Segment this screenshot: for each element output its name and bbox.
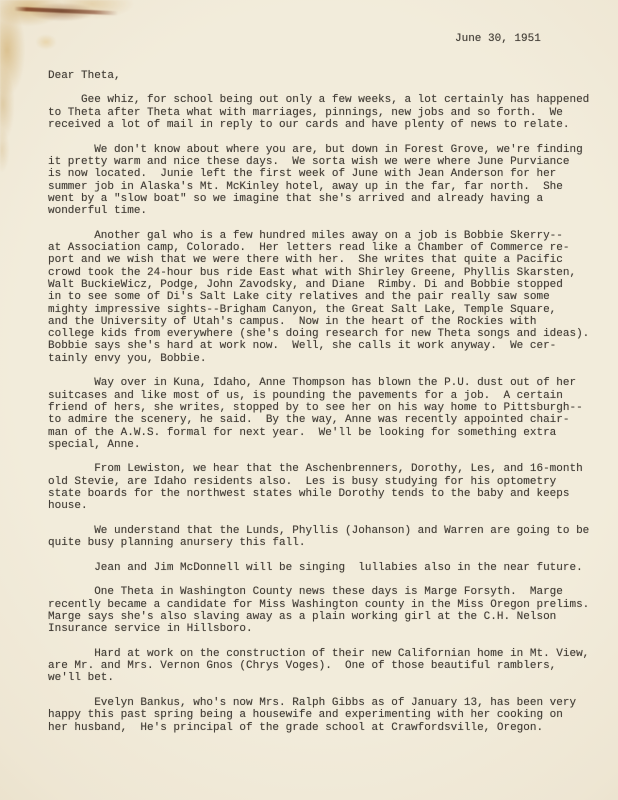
stain-streak [14, 7, 118, 16]
salutation: Dear Theta, [48, 70, 618, 82]
letter-date: June 30, 1951 [455, 33, 618, 45]
letter-page: June 30, 1951 Dear Theta, Gee whiz, for … [0, 0, 618, 800]
paragraph-forest-grove: We don't know about where you are, but d… [48, 144, 618, 218]
paragraph-vernon-gnos: Hard at work on the construction of thei… [48, 648, 618, 685]
paragraph-anne-thompson: Way over in Kuna, Idaho, Anne Thompson h… [48, 377, 618, 451]
paragraph-aschenbrenners: From Lewiston, we hear that the Aschenbr… [48, 463, 618, 512]
paragraph-bobbie-skerry: Another gal who is a few hundred miles a… [48, 230, 618, 365]
letter-content: June 30, 1951 Dear Theta, Gee whiz, for … [48, 33, 618, 734]
paragraph-gee-whiz: Gee whiz, for school being out only a fe… [48, 94, 618, 131]
paragraph-marge-forsyth: One Theta in Washington County news thes… [48, 586, 618, 635]
paragraph-lunds: We understand that the Lunds, Phyllis (J… [48, 525, 618, 550]
paragraph-mcdonnell: Jean and Jim McDonnell will be singing l… [48, 562, 618, 574]
paragraph-evelyn-bankus: Evelyn Bankus, who's now Mrs. Ralph Gibb… [48, 697, 618, 734]
